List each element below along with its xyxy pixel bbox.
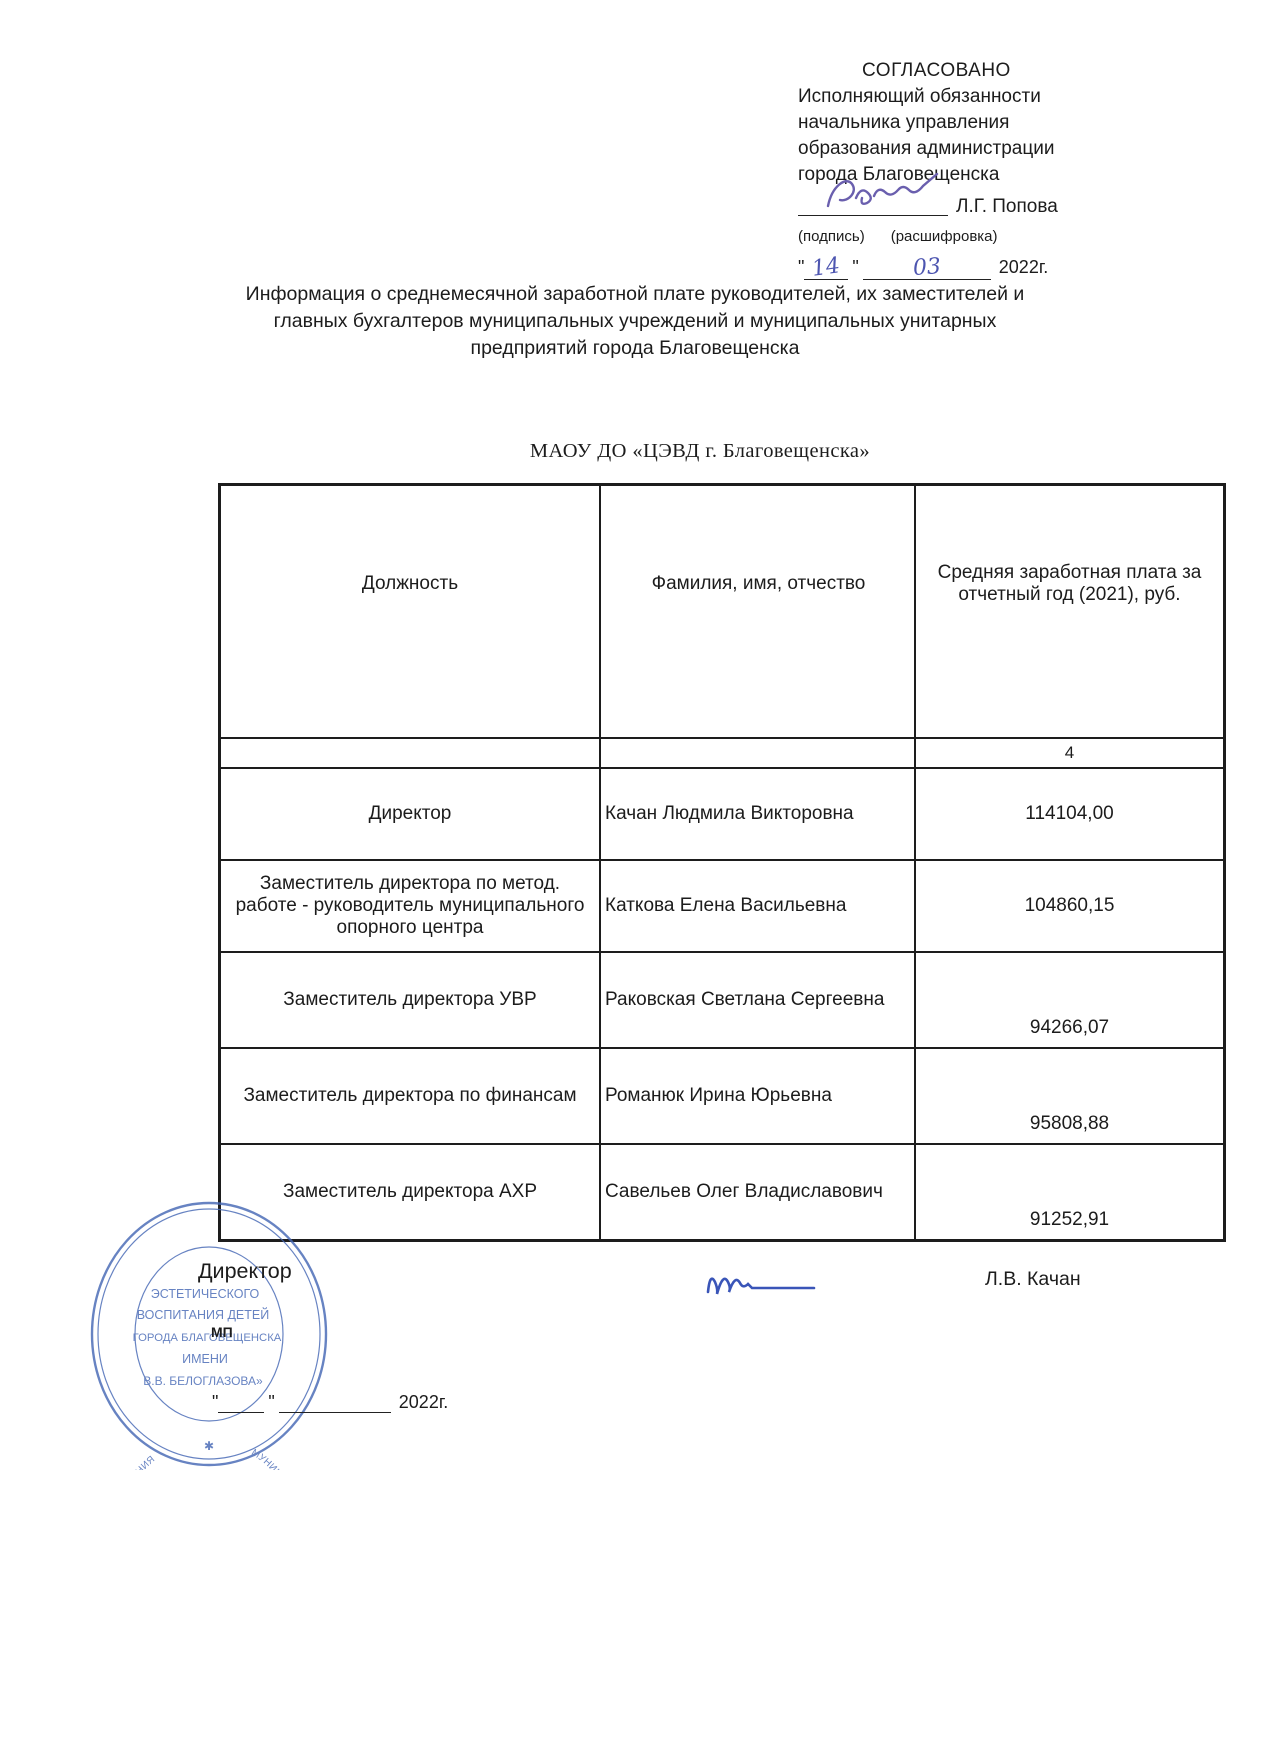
day-underline: 14	[804, 279, 848, 280]
stamp-center-line-3: ГОРОДА БЛАГОВЕЩЕНСКА	[133, 1332, 282, 1344]
table-row: Заместитель директора по метод. работе -…	[220, 860, 1225, 952]
approval-heading: СОГЛАСОВАНО	[798, 58, 1088, 84]
stamp-center-line-2: ВОСПИТАНИЯ ДЕТЕЙ	[137, 1307, 269, 1322]
caption-podpis: (подпись)	[798, 224, 865, 250]
header-position: Должность	[231, 573, 589, 595]
stamp-center-line-5: В.В. БЕЛОГЛАЗОВА»	[143, 1374, 263, 1388]
column-number: 4	[915, 738, 1225, 768]
table-row: Заместитель директора по финансам Романю…	[220, 1048, 1225, 1144]
salary-table: Должность Фамилия, имя, отчество Средняя…	[218, 483, 1226, 1242]
caption-rasshifrovka: (расшифровка)	[891, 224, 998, 250]
cell-position: Заместитель директора по финансам	[220, 1048, 601, 1144]
header-name: Фамилия, имя, отчество	[605, 573, 912, 595]
approval-year: 2022г.	[999, 254, 1048, 280]
kachan-handwritten-signature	[700, 1258, 820, 1308]
approval-line-3: образования администрации	[798, 136, 1088, 162]
close-quote: "	[268, 1392, 274, 1413]
column-number-row: 4	[220, 738, 1225, 768]
title-line-3: предприятий города Благовещенска	[60, 335, 1210, 362]
approval-block: СОГЛАСОВАНО Исполняющий обязанности нача…	[798, 58, 1088, 280]
open-quote: "	[212, 1392, 218, 1413]
title-line-2: главных бухгалтеров муниципальных учрежд…	[60, 308, 1210, 335]
number-cell-empty-2	[600, 738, 915, 768]
number-cell-empty-1	[220, 738, 601, 768]
approval-line-2: начальника управления	[798, 110, 1088, 136]
table-header-row: Должность Фамилия, имя, отчество Средняя…	[220, 485, 1225, 739]
director-label: Директор	[198, 1259, 292, 1284]
table-row: Директор Качан Людмила Викторовна 114104…	[220, 768, 1225, 860]
month-underline: 03	[863, 279, 991, 280]
cell-name: Романюк Ирина Юрьевна	[600, 1048, 915, 1144]
handwritten-day: 14	[803, 252, 850, 284]
close-quote: "	[852, 254, 858, 280]
header-salary: Средняя заработная плата за отчетный год…	[934, 562, 1206, 606]
cell-name: Савельев Олег Владиславович	[600, 1144, 915, 1241]
approval-signature-row: Л.Г. Попова	[798, 190, 1088, 222]
organization-name: МАОУ ДО «ЦЭВД г. Благовещенска»	[220, 440, 1180, 463]
cell-position: Заместитель директора по метод. работе -…	[220, 860, 601, 952]
cell-salary: 91252,91	[915, 1144, 1225, 1241]
organization-stamp: МУНИЦИПАЛЬНОЕ АВТОНОМНОЕ ОБРАЗОВАТЕЛЬНОЕ…	[87, 1198, 331, 1475]
cell-name: Раковская Светлана Сергеевна	[600, 952, 915, 1048]
popova-handwritten-signature	[822, 168, 952, 218]
scanned-document-page: { "approval": { "heading": "СОГЛАСОВАНО"…	[0, 0, 1276, 1754]
cell-salary: 104860,15	[915, 860, 1225, 952]
footer-date-row: " " 2022г.	[212, 1392, 448, 1413]
cell-position: Директор	[220, 768, 601, 860]
stamp-star-icon: ✱	[204, 1439, 214, 1453]
table-row: Заместитель директора АХР Савельев Олег …	[220, 1144, 1225, 1241]
stamp-center-line-4: ИМЕНИ	[182, 1352, 228, 1366]
cell-name: Каткова Елена Васильевна	[600, 860, 915, 952]
mp-label: МП	[211, 1324, 233, 1340]
approver-name: Л.Г. Попова	[956, 194, 1058, 220]
cell-salary: 114104,00	[915, 768, 1225, 860]
approval-line-1: Исполняющий обязанности	[798, 84, 1088, 110]
cell-name: Качан Людмила Викторовна	[600, 768, 915, 860]
footer-month-underline	[279, 1412, 391, 1413]
document-title: Информация о среднемесячной заработной п…	[60, 281, 1210, 362]
footer-year: 2022г.	[399, 1392, 448, 1413]
table-row: Заместитель директора УВР Раковская Свет…	[220, 952, 1225, 1048]
director-name: Л.В. Качан	[985, 1268, 1081, 1291]
stamp-graphic: МУНИЦИПАЛЬНОЕ АВТОНОМНОЕ ОБРАЗОВАТЕЛЬНОЕ…	[87, 1198, 331, 1470]
title-line-1: Информация о среднемесячной заработной п…	[60, 281, 1210, 308]
cell-position: Заместитель директора УВР	[220, 952, 601, 1048]
stamp-center-line-1: ЭСТЕТИЧЕСКОГО	[151, 1287, 260, 1301]
cell-salary: 94266,07	[915, 952, 1225, 1048]
signature-captions: (подпись) (расшифровка)	[798, 224, 1088, 250]
footer-day-underline	[218, 1412, 264, 1413]
approval-date-row: " 14 " 03 2022г.	[798, 254, 1088, 280]
cell-salary: 95808,88	[915, 1048, 1225, 1144]
